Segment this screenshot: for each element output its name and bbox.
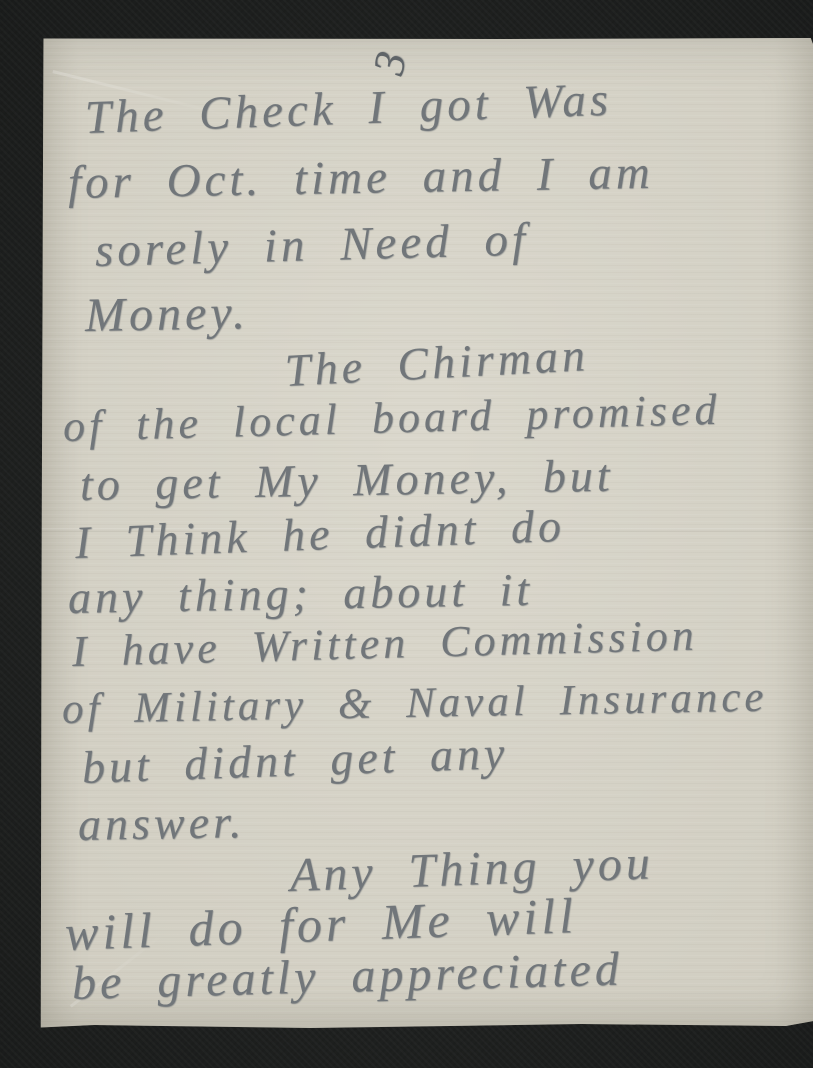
letter-page: 3 The Check I got Was for Oct. time and … xyxy=(40,38,813,1028)
photo-background: 3 The Check I got Was for Oct. time and … xyxy=(0,0,813,1068)
handwritten-line: be greatly appreciated xyxy=(71,946,623,1008)
handwritten-line: The Chirman xyxy=(284,332,590,394)
handwritten-line: to get My Money, but xyxy=(80,453,614,508)
handwritten-line: Money. xyxy=(85,289,250,340)
handwritten-line: answer. xyxy=(78,799,246,848)
handwritten-line: any thing; about it xyxy=(68,567,534,621)
handwritten-line: I Think he didnt do xyxy=(74,503,565,566)
handwritten-line: sorely in Need of xyxy=(94,217,529,275)
handwritten-line: I have Written Commission xyxy=(71,614,698,674)
handwritten-line: but didnt get any xyxy=(81,730,509,791)
page-number: 3 xyxy=(366,48,414,79)
handwritten-line: The Check I got Was xyxy=(84,77,613,142)
handwritten-line: of the local board promised xyxy=(62,388,721,449)
handwritten-line: for Oct. time and I am xyxy=(68,150,654,207)
handwritten-line: of Military & Naval Insurance xyxy=(62,676,768,731)
